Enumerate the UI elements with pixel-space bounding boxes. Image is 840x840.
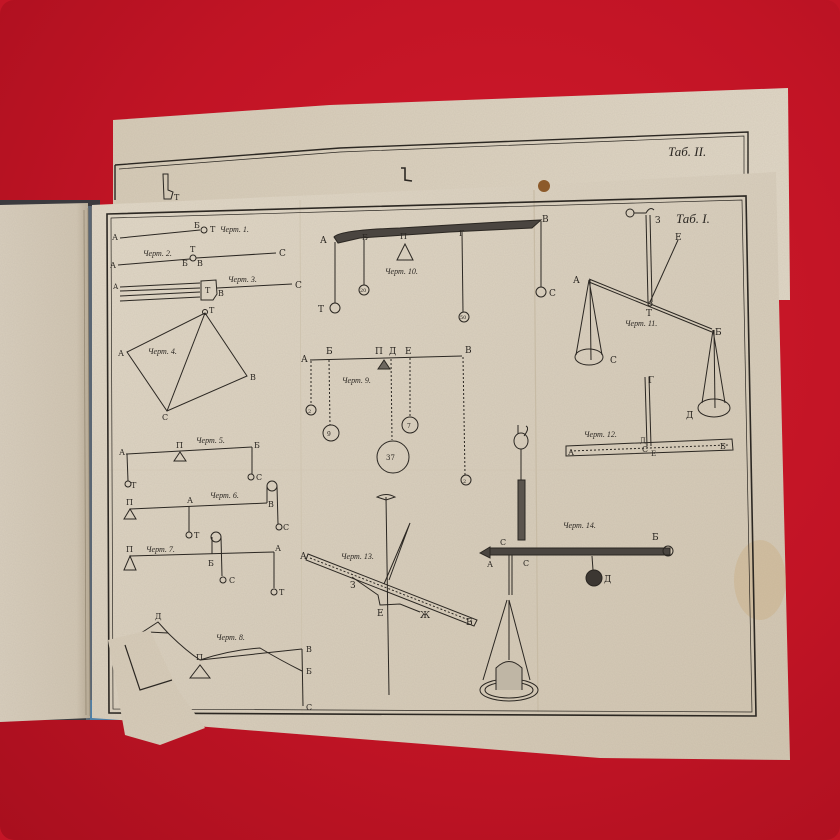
svg-text:Б: Б	[182, 259, 188, 268]
svg-text:А: А	[110, 261, 116, 270]
svg-text:П: П	[126, 498, 133, 507]
svg-text:Т: Т	[209, 306, 215, 315]
svg-text:С: С	[610, 356, 617, 366]
svg-text:С: С	[295, 281, 302, 291]
svg-text:Т: Т	[279, 588, 285, 597]
svg-text:Черт. 3.: Черт. 3.	[228, 275, 257, 284]
svg-text:Т: Т	[190, 245, 196, 254]
svg-text:П: П	[176, 441, 183, 450]
svg-text:37: 37	[386, 454, 395, 462]
svg-text:Д: Д	[640, 437, 646, 445]
svg-text:Б: Б	[306, 667, 312, 676]
svg-text:9: 9	[327, 431, 331, 438]
svg-text:С: С	[500, 538, 506, 547]
svg-text:А: А	[112, 233, 118, 242]
svg-text:А: А	[487, 560, 493, 569]
svg-text:А: А	[300, 552, 307, 562]
svg-text:А: А	[113, 283, 119, 291]
svg-text:В: В	[465, 346, 472, 356]
svg-text:Черт. 11.: Черт. 11.	[625, 319, 657, 328]
photo-scene: Таб. II. Т Таб. I. А Б Т Черт. 1.	[0, 0, 840, 840]
svg-text:А: А	[301, 355, 308, 365]
svg-text:Б: Б	[254, 441, 260, 450]
svg-text:Б: Б	[208, 559, 214, 568]
svg-text:А: А	[568, 448, 574, 457]
svg-text:7: 7	[407, 423, 411, 430]
svg-text:Т: Т	[205, 286, 211, 295]
svg-text:Т: Т	[318, 305, 324, 315]
plate-2-label: Таб. II.	[668, 144, 706, 159]
svg-text:Б: Б	[652, 533, 659, 543]
svg-text:Е: Е	[405, 347, 412, 357]
svg-text:А: А	[320, 236, 327, 246]
svg-text:Д: Д	[604, 575, 611, 585]
svg-text:Е: Е	[377, 609, 384, 619]
svg-text:Б: Б	[720, 442, 726, 451]
svg-text:Т: Т	[194, 531, 200, 540]
svg-text:Е: Е	[651, 450, 656, 458]
svg-text:А: А	[573, 276, 580, 286]
svg-text:А: А	[275, 544, 281, 553]
svg-text:Б: Б	[326, 347, 333, 357]
book-photo: Таб. II. Т Таб. I. А Б Т Черт. 1.	[0, 0, 840, 840]
svg-text:С: С	[549, 289, 556, 299]
svg-text:Черт. 13.: Черт. 13.	[341, 552, 374, 561]
svg-text:Черт. 6.: Черт. 6.	[210, 491, 239, 500]
svg-text:Черт. 5.: Черт. 5.	[196, 436, 225, 445]
svg-text:Черт. 2.: Черт. 2.	[143, 249, 172, 258]
svg-text:Т: Т	[174, 193, 180, 202]
svg-text:А: А	[187, 496, 193, 505]
svg-text:Черт. 4.: Черт. 4.	[148, 347, 177, 356]
svg-text:Черт. 7.: Черт. 7.	[146, 545, 175, 554]
svg-text:Б: Б	[194, 221, 200, 230]
svg-text:В: В	[542, 215, 549, 225]
svg-text:С: С	[229, 576, 235, 585]
svg-text:Черт. 9.: Черт. 9.	[342, 376, 371, 385]
svg-text:2: 2	[463, 479, 466, 485]
svg-text:С: С	[256, 473, 262, 482]
svg-text:С: С	[279, 249, 286, 259]
svg-text:Д: Д	[686, 411, 693, 421]
svg-text:Б: Б	[362, 233, 368, 242]
svg-text:С: С	[523, 559, 529, 568]
svg-text:С: С	[306, 703, 312, 712]
svg-text:В: В	[197, 259, 203, 268]
svg-text:В: В	[268, 500, 274, 509]
svg-text:Черт. 10.: Черт. 10.	[385, 267, 418, 276]
svg-text:50: 50	[460, 315, 466, 321]
svg-text:Е: Е	[675, 233, 682, 243]
svg-text:20: 20	[360, 288, 366, 294]
svg-text:Т: Т	[646, 309, 652, 319]
svg-text:П: П	[196, 653, 203, 662]
svg-text:П: П	[400, 232, 407, 241]
svg-text:Б: Б	[715, 328, 722, 338]
left-page	[0, 203, 94, 722]
svg-text:П: П	[375, 347, 383, 357]
svg-text:Г: Г	[459, 229, 464, 238]
svg-text:З: З	[350, 581, 356, 591]
plate-1-label: Таб. I.	[676, 211, 710, 226]
svg-text:С: С	[642, 445, 648, 454]
svg-text:Ж: Ж	[420, 611, 430, 621]
svg-text:В: В	[250, 373, 256, 382]
svg-text:В: В	[218, 289, 224, 298]
svg-text:Т: Т	[131, 481, 137, 490]
svg-text:Черт. 14.: Черт. 14.	[563, 521, 596, 530]
svg-text:Черт. 8.: Черт. 8.	[216, 633, 245, 642]
svg-text:А: А	[118, 349, 124, 358]
svg-text:Д: Д	[389, 347, 396, 357]
svg-text:А: А	[119, 448, 125, 457]
svg-text:2: 2	[308, 409, 311, 415]
svg-text:В: В	[306, 645, 312, 654]
svg-text:Черт. 12.: Черт. 12.	[584, 430, 617, 439]
svg-text:С: С	[283, 523, 289, 532]
svg-text:Б: Б	[466, 618, 473, 628]
svg-text:Г: Г	[648, 376, 654, 386]
svg-text:Д: Д	[155, 612, 162, 621]
svg-text:С: С	[162, 413, 168, 422]
svg-text:З: З	[655, 216, 661, 226]
svg-text:П: П	[126, 545, 133, 554]
svg-text:Т: Т	[210, 225, 216, 234]
svg-text:Черт. 1.: Черт. 1.	[220, 225, 249, 234]
